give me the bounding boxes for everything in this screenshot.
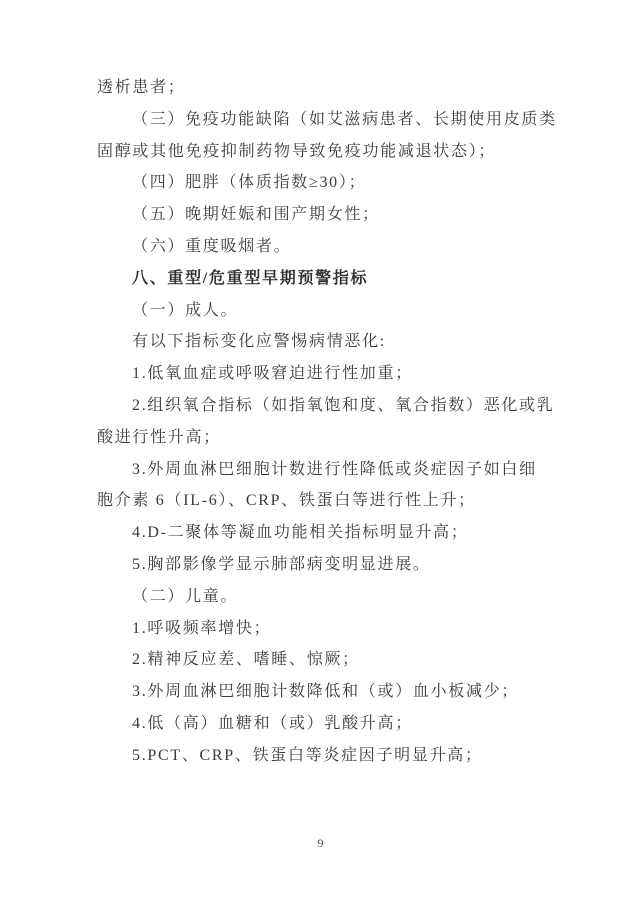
text-line: 3.外周血淋巴细胞计数进行性降低或炎症因子如白细 (97, 454, 549, 486)
document-body: 透析患者；（三）免疫功能缺陷（如艾滋病患者、长期使用皮质类固醇或其他免疫抑制药物… (97, 72, 549, 772)
text-line: （五）晚期妊娠和围产期女性； (97, 199, 549, 231)
text-line: 胞介素 6（IL-6）、CRP、铁蛋白等进行性上升； (97, 485, 549, 517)
section-heading: 八、重型/危重型早期预警指标 (97, 263, 549, 295)
text-line: （六）重度吸烟者。 (97, 231, 549, 263)
text-line: 5.胸部影像学显示肺部病变明显进展。 (97, 549, 549, 581)
text-line: 2.精神反应差、嗜睡、惊厥； (97, 644, 549, 676)
text-line: 4.低（高）血糖和（或）乳酸升高； (97, 708, 549, 740)
document-page: 透析患者；（三）免疫功能缺陷（如艾滋病患者、长期使用皮质类固醇或其他免疫抑制药物… (0, 0, 641, 906)
text-line: （一）成人。 (97, 295, 549, 327)
text-line: （四）肥胖（体质指数≥30）； (97, 167, 549, 199)
text-line: 1.呼吸频率增快； (97, 613, 549, 645)
text-line: （二）儿童。 (97, 581, 549, 613)
text-line: 1.低氧血症或呼吸窘迫进行性加重； (97, 358, 549, 390)
text-line: 5.PCT、CRP、铁蛋白等炎症因子明显升高； (97, 740, 549, 772)
text-line: 3.外周血淋巴细胞计数降低和（或）血小板减少； (97, 676, 549, 708)
text-line: 透析患者； (97, 72, 549, 104)
text-line: 固醇或其他免疫抑制药物导致免疫功能减退状态）； (97, 136, 549, 168)
page-number: 9 (0, 836, 641, 851)
text-line: （三）免疫功能缺陷（如艾滋病患者、长期使用皮质类 (97, 104, 549, 136)
text-line: 2.组织氧合指标（如指氧饱和度、氧合指数）恶化或乳 (97, 390, 549, 422)
text-line: 4.D-二聚体等凝血功能相关指标明显升高； (97, 517, 549, 549)
text-line: 酸进行性升高； (97, 422, 549, 454)
text-line: 有以下指标变化应警惕病情恶化: (97, 326, 549, 358)
